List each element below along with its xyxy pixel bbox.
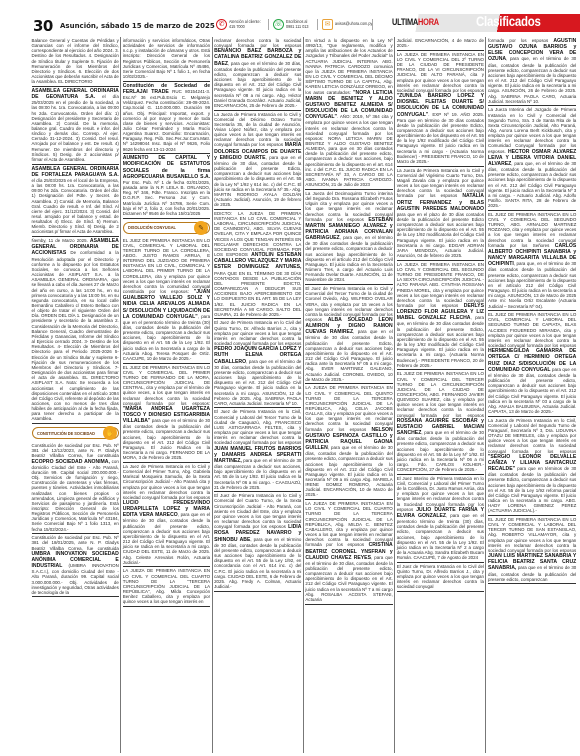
contact-email-address[interactable]: avisos@uhora.com.py xyxy=(335,21,372,26)
classified-ad: El Juez de Primera Instancia en lo Civil… xyxy=(397,563,484,592)
classified-ad: La Juez de Primera Instancia en lo Civil… xyxy=(123,463,210,567)
classified-ad: EL JUEZ DE PRIMERA INSTANCIA EN LO CIVIL… xyxy=(397,370,484,474)
section-badge-disolucion: DISOLUCIÓN CONYUGAL ✎ xyxy=(123,222,210,234)
contact-phone-label: Atención al cliente: xyxy=(229,19,261,24)
column-6: formada por los esposos AGUSTIN GUSTAVO … xyxy=(486,37,577,753)
classified-ad: AUMENTO DE CAPITAL Y MODIFICACIÓN DE EST… xyxy=(123,154,210,218)
handshake-icon: ✋ xyxy=(103,426,117,440)
divider xyxy=(317,19,318,30)
column-1: Balance General y Cuentas de Pérdidas y … xyxy=(30,37,121,753)
classified-ad: EL JUEZ DE PRIMERA INSTANCIA EN LO CIVIL… xyxy=(123,237,210,364)
section-badge-constitucion: CONSTITUCIÓN DE SOCIEDAD ✋ xyxy=(32,427,119,439)
classified-ad: Judicial. ENCARNACIÓN, 4 de Marzo de 202… xyxy=(397,37,484,51)
mail-icon: ✉ xyxy=(322,19,333,30)
contact-whatsapp-label: Escribinos al xyxy=(286,19,307,24)
document-icon: ✎ xyxy=(194,221,208,235)
divider xyxy=(372,19,373,30)
classified-ad: Constitución de Sociedad de FERLAJAI TRA… xyxy=(123,82,210,155)
divider xyxy=(268,19,269,30)
classified-ad: El Juez Interino de Primera Instancia en… xyxy=(397,475,484,563)
classified-ad: reclamar derechos contra la sociedad con… xyxy=(214,37,301,111)
classified-ad: Ñemby, 11 de Marzo 2025. ASAMBLEA GENERA… xyxy=(32,237,119,424)
classified-ad: El Juez de Primera Instancia en lo Civil… xyxy=(214,408,301,492)
classified-ad: ASAMBLEA GENERAL ORDINARIA DE GEONATURA … xyxy=(32,87,119,165)
classified-ad: EL JUEZ DE PRIMERA INSTANCIA EN LO CIVIL… xyxy=(488,311,576,416)
phone-icon: ✆ xyxy=(216,19,227,30)
contact-whatsapp-number: 0981 111 013 xyxy=(286,24,308,29)
classified-ad: LA JUEZA DE PRIMERA INSTANCIA EN LO CIVI… xyxy=(305,500,392,604)
contact-phone-number: 415 7000 xyxy=(229,24,245,29)
classified-ad: La Jueza de Primera Instancia en lo Civi… xyxy=(214,111,301,210)
column-4: En virtud a lo dispuesto en la Ley Nº 49… xyxy=(304,37,395,753)
column-5: Judicial. ENCARNACIÓN, 4 de Marzo de 202… xyxy=(395,37,486,753)
classified-ad: La Jueza Interina del Juzgado de Primera… xyxy=(488,106,576,210)
classified-ad: El Juez de Primera Instancia en lo Civil… xyxy=(305,285,392,384)
classified-ad: En virtud a lo dispuesto en la Ley Nº 49… xyxy=(305,37,392,190)
column-2: información y servicios informáticos, Ot… xyxy=(121,37,212,753)
whatsapp-icon: ☏ xyxy=(273,19,284,30)
classified-ad: La Jueza del Decimoquinto Turno interina… xyxy=(305,190,392,285)
classified-ad: EDICTO: LA JUEZA DE PRIMERA INSTANCIA EN… xyxy=(214,210,301,320)
classified-ad: ASAMBLEA GENERAL ORDINARIA DE FORTALEZA … xyxy=(32,165,119,238)
page-header: 30 Asunción, sábado 15 de marzo de 2025 … xyxy=(0,0,580,36)
page-number: 30 xyxy=(33,17,53,35)
classified-ad: La Jueza de Primera Instancia en lo Civi… xyxy=(488,417,576,516)
classified-ad: EL JUEZ DE PRIMERA INSTANCIA EN LO CIVIL… xyxy=(488,516,576,584)
contact-whatsapp: ☏ Escribinos al0981 111 013 xyxy=(273,16,313,32)
classified-ad: El Juez de Primera Instancia en lo Civil… xyxy=(214,319,301,408)
classified-ad: LA JUEZA DE PRIMERA INSTANCIA EN LO CIVI… xyxy=(397,51,484,167)
classified-ad: LA JUEZA DE PRIMERA INSTANCIA EN LO CIVI… xyxy=(123,567,210,607)
classified-ad: El Juez de Primera Instancia en lo Civil… xyxy=(214,492,301,591)
page-date: Asunción, sábado 15 de marzo de 2025 xyxy=(60,22,215,30)
classified-ad: Balance General y Cuentas de Pérdidas y … xyxy=(32,37,119,87)
section-title: Clasificados xyxy=(476,13,541,29)
classified-ad: LA JUEZA DE PRIMERA INSTANCIA EN LO CIVI… xyxy=(397,261,484,371)
contact-phone: ✆ Atención al cliente:415 7000 xyxy=(216,16,268,32)
classified-ad: Constitución de sociedad por Esc. Pub. N… xyxy=(32,534,119,597)
classified-ad: EL JUEZ DE PRIMERA INSTANCIA EN LO CIVIL… xyxy=(488,211,576,311)
classified-ad: información y servicios informáticos, Ot… xyxy=(123,37,210,82)
classified-ad: LA JUEZA DE PRIMERA INSTANCIA EN LO CIVI… xyxy=(305,384,392,500)
classifieds-columns: Balance General y Cuentas de Pérdidas y … xyxy=(30,37,578,753)
classified-ad: Constitución de sociedad por Esc. Pub. N… xyxy=(32,442,119,534)
classified-ad: EL JUEZ DE PRIMERA INSTANCIA EN LO CIVIL… xyxy=(123,364,210,463)
classified-ad: La Jueza de Primera Instancia en lo Civi… xyxy=(397,167,484,261)
classified-ad: formada por los esposos AGUSTIN GUSTAVO … xyxy=(488,37,576,106)
brand-logo: ULTIMAHORA xyxy=(392,17,439,28)
column-3: reclamar derechos contra la sociedad con… xyxy=(213,37,304,753)
